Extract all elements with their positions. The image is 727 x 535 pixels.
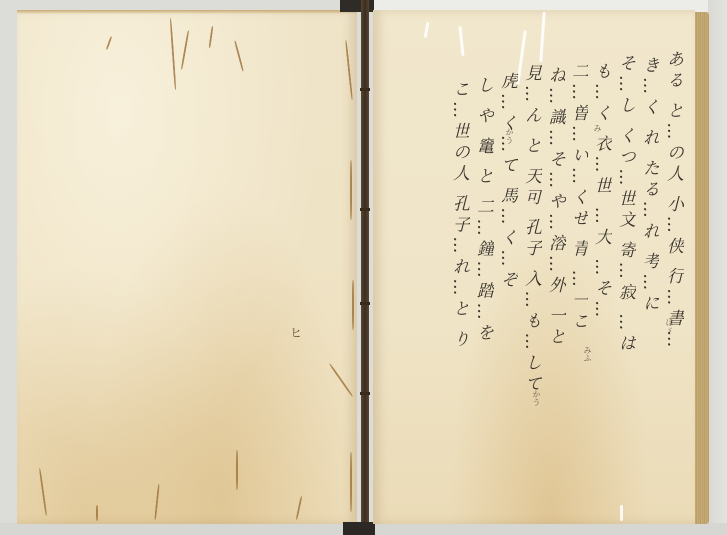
text-column-3: そ…し くつ…世文 寄…寂 …は	[614, 54, 636, 355]
wormhole-trail	[352, 280, 354, 330]
wormhole-trail	[350, 452, 352, 512]
ruby-annotation: み	[592, 124, 603, 132]
text-column-9: し や 竃 と 二…鐘…踏…を	[472, 76, 494, 345]
left-page-mark: ヒ	[290, 324, 302, 341]
handwritten-text-block: ある と…の人 小…侠 行…書… き…く れ たる…れ 考…に そ…し くつ…世…	[452, 50, 692, 470]
ruby-annotation: かう	[504, 128, 515, 144]
paper-scratch	[620, 505, 623, 521]
ruby-annotation: みふ	[582, 346, 593, 362]
binding-thread	[360, 302, 370, 305]
book-photo: ヒ ある と…の人 小…侠 行…書… き…く れ たる…れ 考…に そ…し くつ…	[0, 0, 727, 535]
binding-thread	[360, 88, 370, 91]
text-column-10: こ…世の人 孔子…れ…と り	[448, 80, 470, 351]
left-page-top-edge	[17, 10, 357, 14]
text-column-6: ね…識…そ…や…溶…外 一と	[544, 66, 566, 348]
book-spine	[357, 0, 373, 535]
text-column-7: 見…ん と 天可 孔子 入…も…して	[520, 64, 542, 396]
wormhole-trail	[96, 505, 98, 521]
wormhole-trail	[236, 450, 238, 490]
left-page	[17, 10, 357, 524]
text-column-4: も…く 衣…世 …大 …そ…	[590, 62, 612, 321]
text-column-5: 二…曽…い…くせ 青 …一こ	[567, 62, 589, 333]
ruby-annotation: はゞ	[664, 318, 675, 334]
binding-thread	[360, 208, 370, 211]
page-stack-edge	[695, 12, 709, 524]
ruby-annotation: かう	[531, 390, 542, 406]
text-column-8: 虎…く…て 馬…く…ぞ	[496, 72, 518, 291]
wormhole-trail	[350, 160, 352, 220]
spine-bottom-cap	[343, 522, 375, 535]
text-column-2: き…く れ たる…れ 考…に	[638, 56, 660, 315]
spine-gutter	[361, 0, 369, 535]
binding-thread	[360, 392, 370, 395]
text-column-1: ある と…の人 小…侠 行…書…	[662, 50, 684, 351]
backdrop	[708, 0, 727, 535]
